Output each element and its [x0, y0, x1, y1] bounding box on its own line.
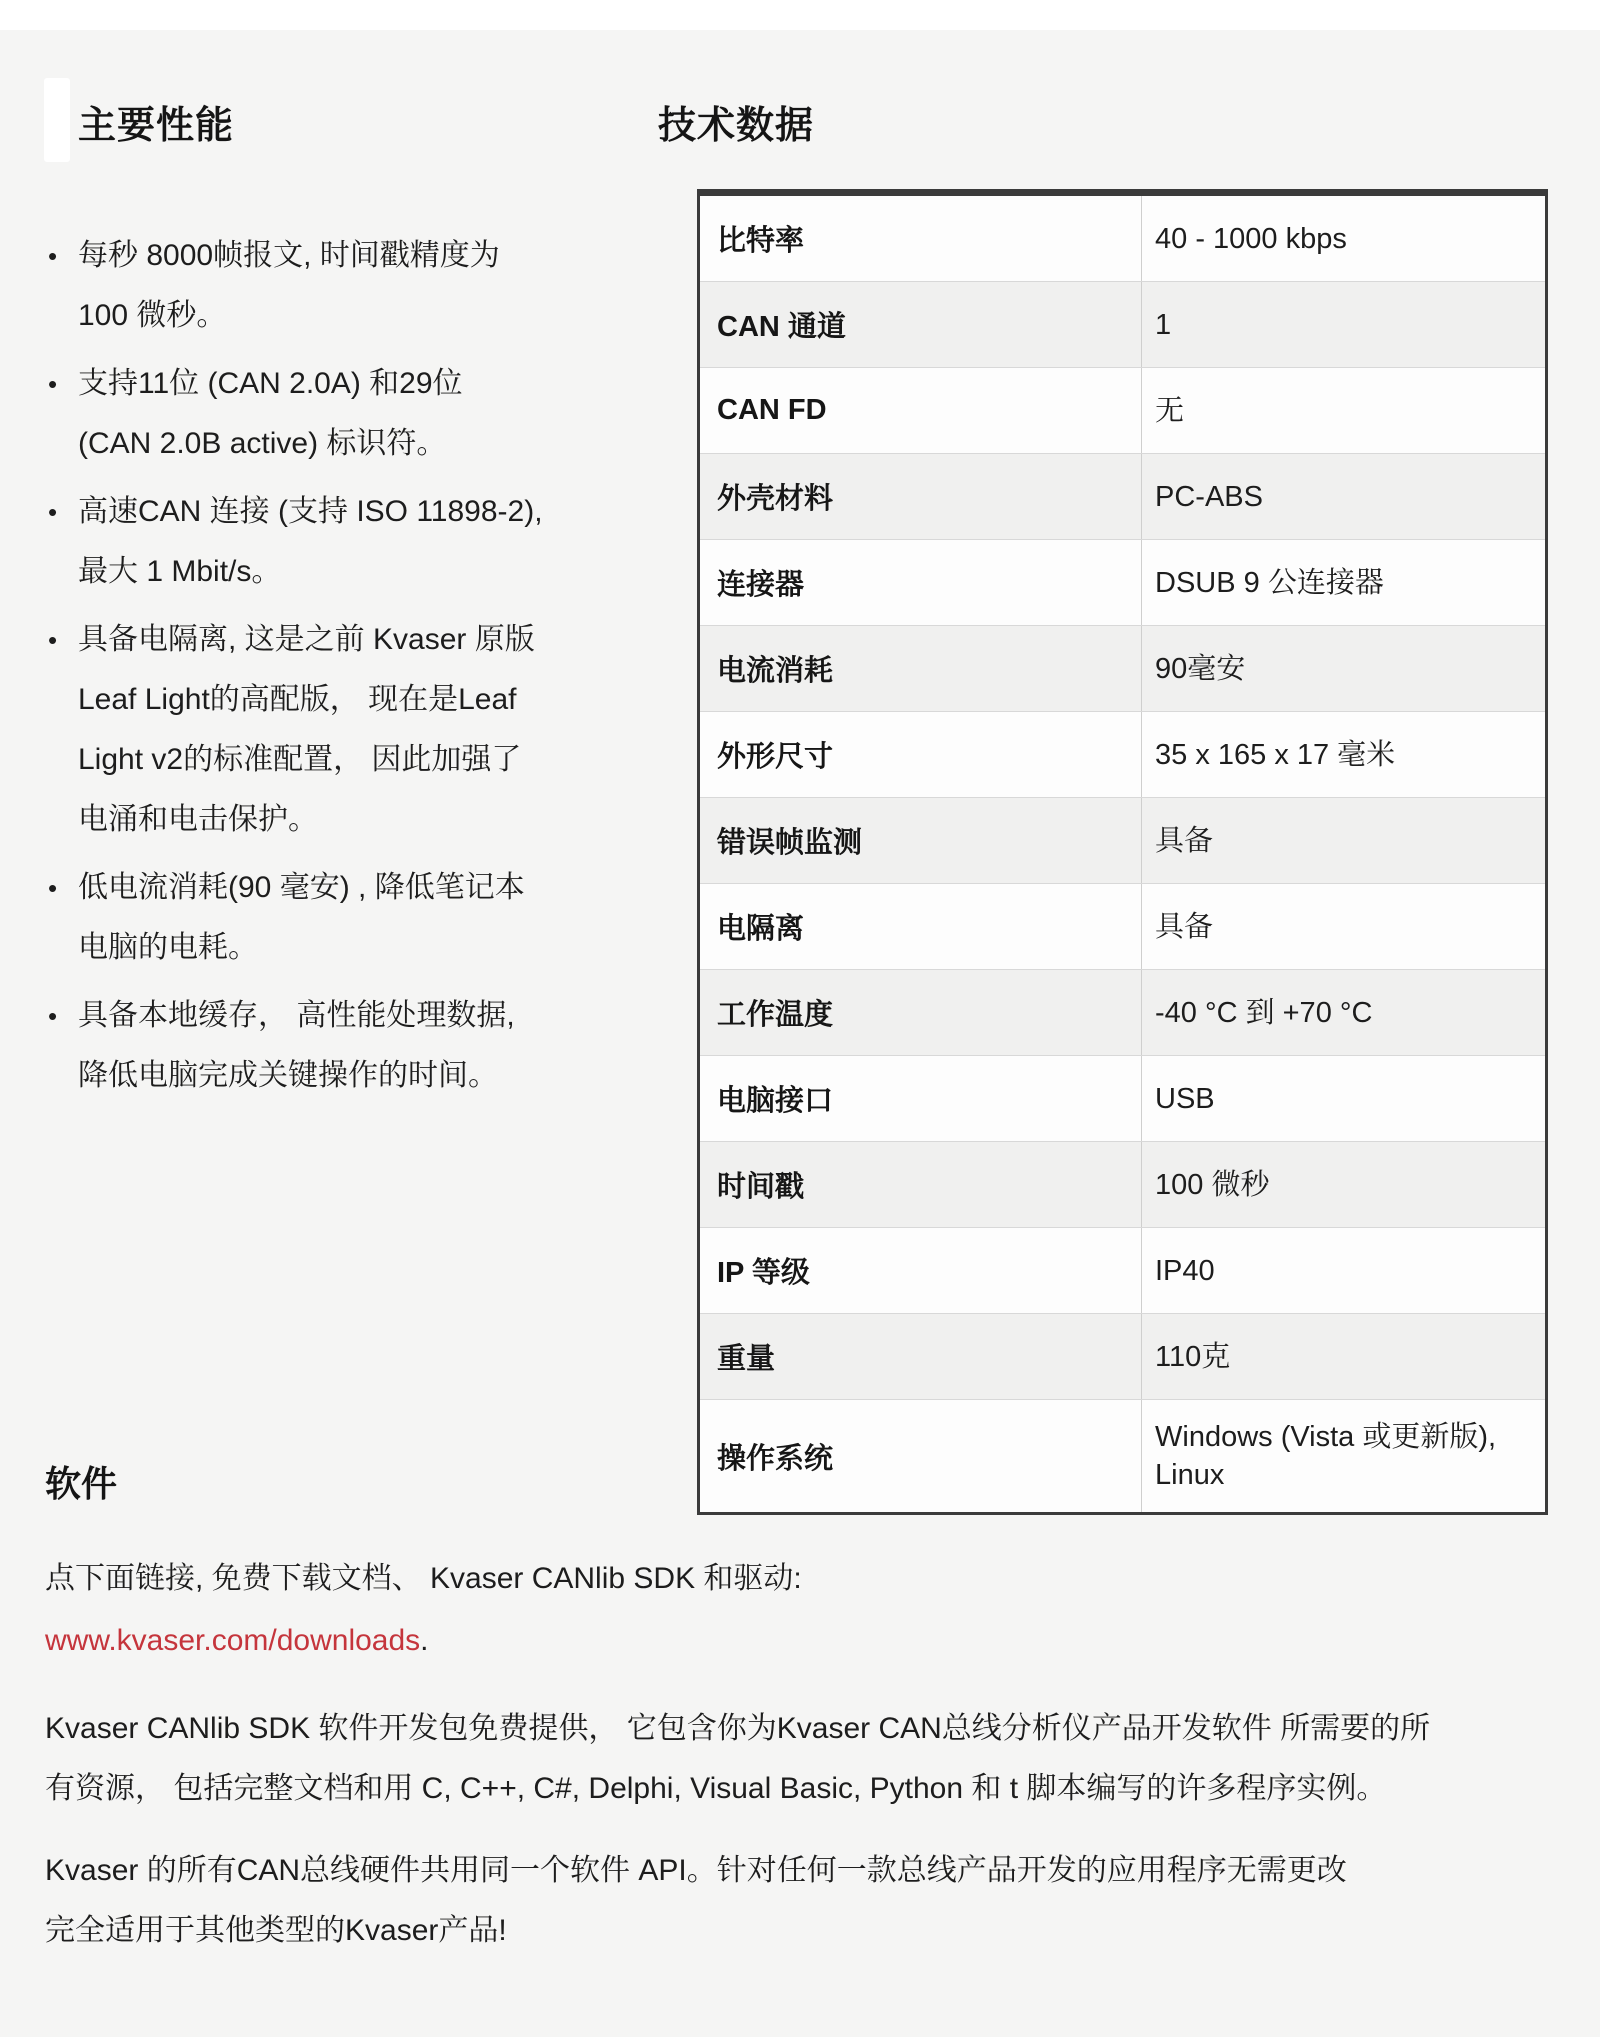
- table-row: 工作温度-40 °C 到 +70 °C: [700, 969, 1545, 1055]
- table-row: CAN FD无: [700, 367, 1545, 453]
- spec-value: 具备: [1142, 884, 1545, 969]
- spec-label: 比特率: [700, 196, 1142, 281]
- table-row: 外壳材料PC-ABS: [700, 453, 1545, 539]
- spec-table: 比特率40 - 1000 kbps CAN 通道1 CAN FD无 外壳材料PC…: [697, 189, 1548, 1515]
- table-row: 重量110克: [700, 1313, 1545, 1399]
- spec-value: 1: [1142, 282, 1545, 367]
- spec-label: 时间戳: [700, 1142, 1142, 1227]
- spec-label: 连接器: [700, 540, 1142, 625]
- spec-label: 错误帧监测: [700, 798, 1142, 883]
- downloads-link[interactable]: www.kvaser.com/downloads: [45, 1624, 420, 1657]
- spec-value: DSUB 9 公连接器: [1142, 540, 1545, 625]
- spec-sheet-page: 主要性能 技术数据 每秒 8000帧报文, 时间戳精度为 100 微秒。 支持1…: [0, 0, 1600, 2037]
- spec-value: 100 微秒: [1142, 1142, 1545, 1227]
- spec-label: 电隔离: [700, 884, 1142, 969]
- spec-label: 重量: [700, 1314, 1142, 1399]
- spec-label: CAN 通道: [700, 282, 1142, 367]
- software-paragraph-api: Kvaser 的所有CAN总线硬件共用同一个软件 API。针对任何一款总线产品开…: [45, 1841, 1565, 1961]
- spec-value: 90毫安: [1142, 626, 1545, 711]
- features-title: 主要性能: [78, 94, 234, 149]
- spec-label: IP 等级: [700, 1228, 1142, 1313]
- software-paragraph-sdk: Kvaser CANlib SDK 软件开发包免费提供， 它包含你为Kvaser…: [45, 1699, 1565, 1819]
- feature-bullet: 低电流消耗(90 毫安) , 降低笔记本 电脑的电耗。: [48, 858, 648, 978]
- heading-highlight-marker: [44, 78, 70, 162]
- spec-value: 35 x 165 x 17 毫米: [1142, 712, 1545, 797]
- table-row: 电脑接口USB: [700, 1055, 1545, 1141]
- feature-bullet: 高速CAN 连接 (支持 ISO 11898-2), 最大 1 Mbit/s。: [48, 482, 648, 602]
- table-row: 电隔离具备: [700, 883, 1545, 969]
- spec-value: 110克: [1142, 1314, 1545, 1399]
- software-title: 软件: [45, 1456, 1565, 1507]
- spec-value: IP40: [1142, 1228, 1545, 1313]
- table-row: 外形尺寸35 x 165 x 17 毫米: [700, 711, 1545, 797]
- feature-bullet: 支持11位 (CAN 2.0A) 和29位 (CAN 2.0B active) …: [48, 354, 648, 474]
- top-white-band: [0, 0, 1600, 30]
- link-period: .: [420, 1624, 428, 1657]
- download-link-line: www.kvaser.com/downloads.: [45, 1611, 1565, 1671]
- spec-label: 工作温度: [700, 970, 1142, 1055]
- spec-label: CAN FD: [700, 368, 1142, 453]
- spec-label: 外形尺寸: [700, 712, 1142, 797]
- spec-label: 电流消耗: [700, 626, 1142, 711]
- feature-bullet: 具备电隔离, 这是之前 Kvaser 原版 Leaf Light的高配版， 现在…: [48, 610, 648, 850]
- software-intro-line: 点下面链接, 免费下载文档、 Kvaser CANlib SDK 和驱动:: [45, 1549, 1565, 1609]
- table-row: 连接器DSUB 9 公连接器: [700, 539, 1545, 625]
- spec-value: PC-ABS: [1142, 454, 1545, 539]
- table-row: 错误帧监测具备: [700, 797, 1545, 883]
- feature-bullet: 具备本地缓存， 高性能处理数据, 降低电脑完成关键操作的时间。: [48, 986, 648, 1106]
- spec-value: -40 °C 到 +70 °C: [1142, 970, 1545, 1055]
- spec-value: 40 - 1000 kbps: [1142, 196, 1545, 281]
- table-row: CAN 通道1: [700, 281, 1545, 367]
- spec-value: 无: [1142, 368, 1545, 453]
- software-section: 软件 点下面链接, 免费下载文档、 Kvaser CANlib SDK 和驱动:…: [45, 1456, 1565, 1961]
- features-list: 每秒 8000帧报文, 时间戳精度为 100 微秒。 支持11位 (CAN 2.…: [48, 226, 648, 1114]
- spec-value: USB: [1142, 1056, 1545, 1141]
- table-row: IP 等级IP40: [700, 1227, 1545, 1313]
- feature-bullet: 每秒 8000帧报文, 时间戳精度为 100 微秒。: [48, 226, 648, 346]
- spec-value: 具备: [1142, 798, 1545, 883]
- specs-title: 技术数据: [658, 94, 814, 149]
- spec-label: 外壳材料: [700, 454, 1142, 539]
- spec-label: 电脑接口: [700, 1056, 1142, 1141]
- table-row: 时间戳100 微秒: [700, 1141, 1545, 1227]
- table-row: 电流消耗90毫安: [700, 625, 1545, 711]
- table-row: 比特率40 - 1000 kbps: [700, 196, 1545, 281]
